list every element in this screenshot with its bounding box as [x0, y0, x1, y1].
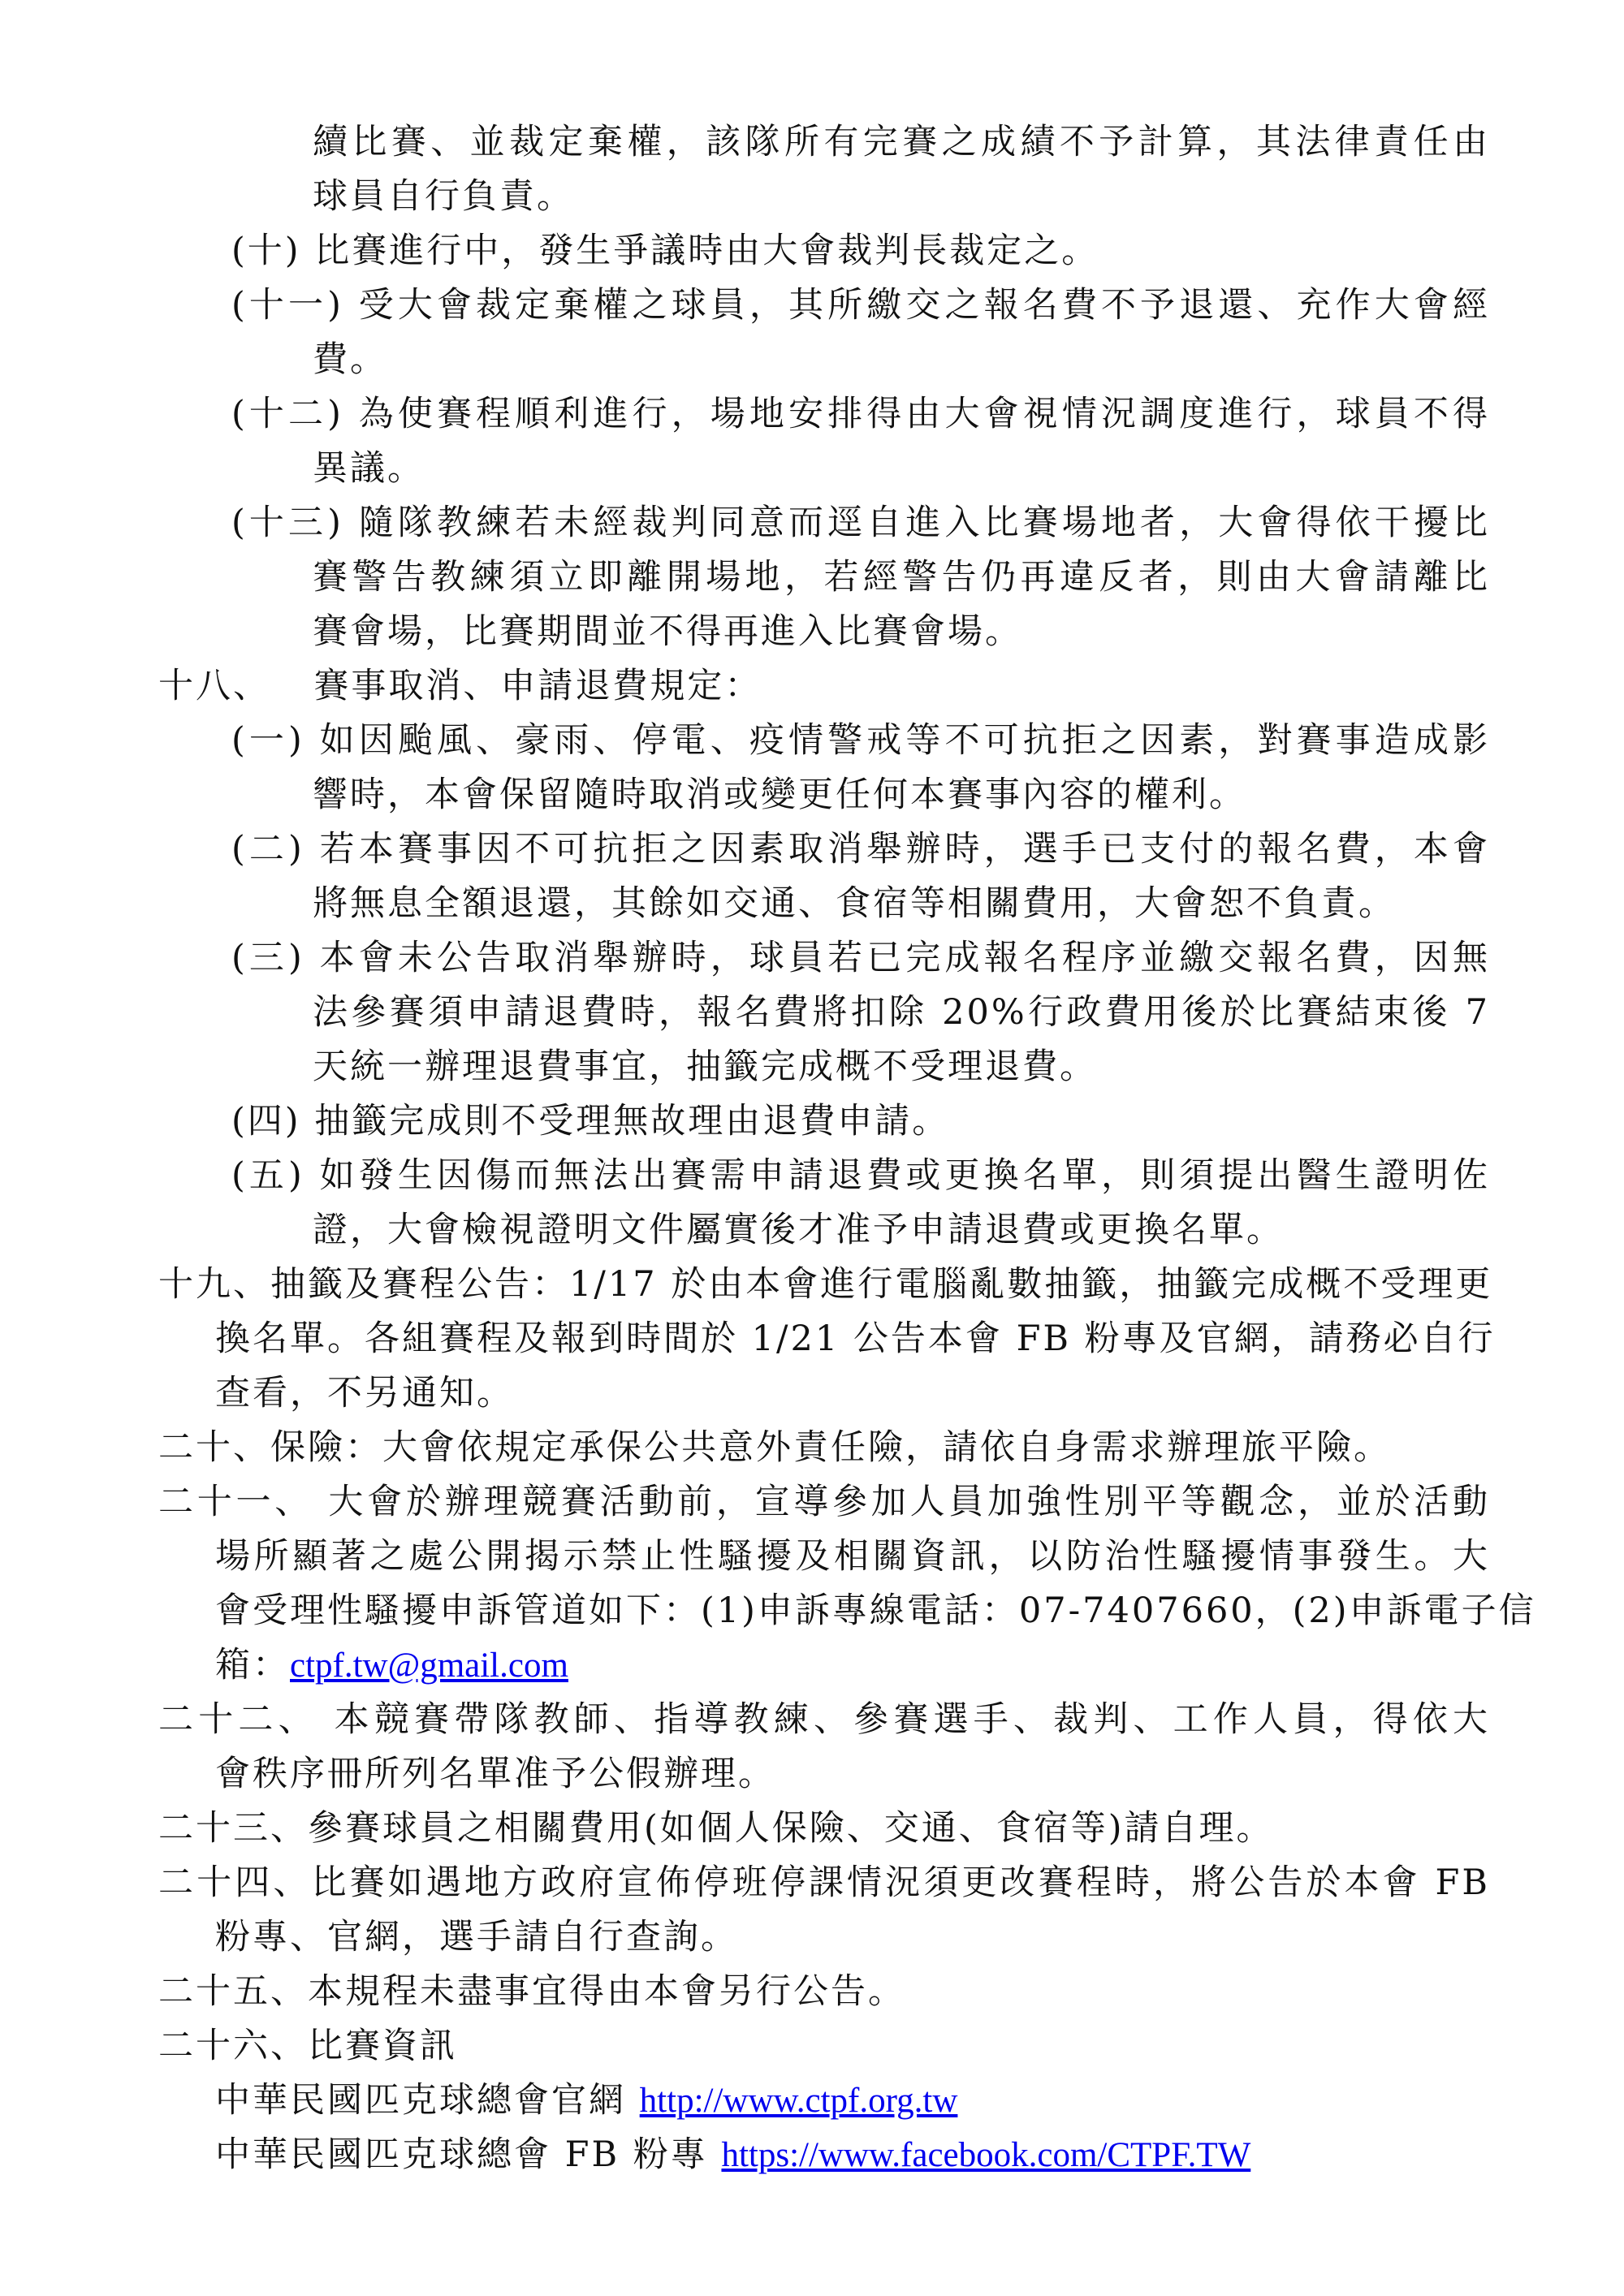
list-item: (二) 若本賽事因不可抗拒之因素取消舉辦時，選手已支付的報名費，本會 [231, 822, 1490, 877]
section-heading-18: 十八、 賽事取消、申請退費規定： [158, 659, 762, 714]
section-21-line: 二十一、 大會於辦理競賽活動前，宣導參加人員加強性別平等觀念，並於活動 [158, 1475, 1490, 1530]
section-title: 賽事取消、申請退費規定： [313, 666, 762, 706]
section-22-line: 二十二、 本競賽帶隊教師、指導教練、參賽選手、裁判、工作人員，得依大 [158, 1693, 1490, 1747]
text-line: 查看，不另通知。 [215, 1366, 514, 1421]
list-item: (四) 抽籤完成則不受理無故理由退費申請。 [231, 1094, 949, 1149]
section-text: 本競賽帶隊教師、指導教練、參賽選手、裁判、工作人員，得依大 [335, 1699, 1490, 1740]
text-line: 換名單。各組賽程及報到時間於 1/21 公告本會 FB 粉專及官網，請務必自行 [215, 1312, 1490, 1366]
section-26-line: 二十六、比賽資訊 [158, 2019, 457, 2074]
text-line: 異議。 [313, 442, 425, 496]
official-site-line: 中華民國匹克球總會官網 http://www.ctpf.org.tw [215, 2074, 957, 2128]
item-label: (四) [231, 1101, 301, 1142]
item-text: 若本賽事因不可抗拒之因素取消舉辦時，選手已支付的報名費，本會 [320, 829, 1490, 870]
list-item: (一) 如因颱風、豪雨、停電、疫情警戒等不可抗拒之因素，對賽事造成影 [231, 714, 1490, 768]
section-25-line: 二十五、本規程未盡事宜得由本會另行公告。 [158, 1965, 905, 2019]
section-label: 十八、 [158, 666, 270, 706]
list-item: (五) 如發生因傷而無法出賽需申請退費或更換名單，則須提出醫生證明佐 [231, 1149, 1490, 1203]
text-line: 法參賽須申請退費時，報名費將扣除 20%行政費用後於比賽結束後 7 [313, 986, 1490, 1040]
list-item-10: (十) 比賽進行中，發生爭議時由大會裁判長裁定之。 [231, 224, 1099, 278]
text-line: 續比賽、並裁定棄權，該隊所有完賽之成績不予計算，其法律責任由 [313, 115, 1490, 170]
email-label: 箱： [215, 1645, 290, 1685]
item-label: (三) [231, 938, 304, 978]
text-line: 天統一辦理退費事宜，抽籤完成概不受理退費。 [313, 1040, 1097, 1094]
email-link[interactable]: ctpf.tw@gmail.com [290, 1646, 568, 1685]
facebook-page-link[interactable]: https://www.facebook.com/CTPF.TW [721, 2136, 1250, 2174]
item-label: (一) [231, 720, 304, 761]
item-label: (十二) [231, 394, 343, 434]
item-text: 隨隊教練若未經裁判同意而逕自進入比賽場地者，大會得依干擾比 [359, 503, 1490, 543]
item-text: 抽籤完成則不受理無故理由退費申請。 [314, 1101, 949, 1142]
item-text: 如因颱風、豪雨、停電、疫情警戒等不可抗拒之因素，對賽事造成影 [320, 720, 1490, 761]
item-label: (五) [231, 1155, 304, 1196]
facebook-page-label: 中華民國匹克球總會 FB 粉專 [215, 2134, 721, 2175]
text-line: 會受理性騷擾申訴管道如下：(1)申訴專線電話：07-7407660，(2)申訴電… [215, 1584, 1490, 1638]
text-line: 會秩序冊所列名單准予公假辦理。 [215, 1747, 775, 1802]
text-line: 箱：ctpf.tw@gmail.com [215, 1638, 568, 1693]
text-line: 響時，本會保留隨時取消或變更任何本賽事內容的權利。 [313, 768, 1246, 822]
text-line: 粉專、官網，選手請自行查詢。 [215, 1910, 738, 1965]
item-label: (十) [231, 231, 301, 271]
item-label: (十一) [231, 285, 343, 326]
section-20-line: 二十、保險：大會依規定承保公共意外責任險，請依自身需求辦理旅平險。 [158, 1421, 1391, 1475]
item-text: 為使賽程順利進行，場地安排得由大會視情況調度進行，球員不得 [359, 394, 1490, 434]
item-text: 受大會裁定棄權之球員，其所繳交之報名費不予退還、充作大會經 [359, 285, 1490, 326]
text-line: 賽會場，比賽期間並不得再進入比賽會場。 [313, 605, 1022, 659]
list-item-13: (十三) 隨隊教練若未經裁判同意而逕自進入比賽場地者，大會得依干擾比 [231, 496, 1490, 550]
section-23-line: 二十三、參賽球員之相關費用(如個人保險、交通、食宿等)請自理。 [158, 1802, 1274, 1856]
section-24-line: 二十四、比賽如遇地方政府宣佈停班停課情況須更改賽程時，將公告於本會 FB [158, 1856, 1490, 1910]
text-line: 場所顯著之處公開揭示禁止性騷擾及相關資訊，以防治性騷擾情事發生。大 [215, 1530, 1490, 1584]
section-label: 二十二、 [158, 1699, 318, 1740]
section-text: 大會於辦理競賽活動前，宣導參加人員加強性別平等觀念，並於活動 [328, 1482, 1490, 1522]
document-page: 續比賽、並裁定棄權，該隊所有完賽之成績不予計算，其法律責任由 球員自行負責。 (… [0, 0, 1624, 2296]
text-line: 將無息全額退還，其餘如交通、食宿等相關費用，大會恕不負責。 [313, 877, 1396, 931]
official-site-link[interactable]: http://www.ctpf.org.tw [640, 2082, 958, 2120]
list-item-11: (十一) 受大會裁定棄權之球員，其所繳交之報名費不予退還、充作大會經 [231, 278, 1490, 333]
text-line: 費。 [313, 333, 387, 387]
item-label: (二) [231, 829, 304, 870]
text-line: 賽警告教練須立即離開場地，若經警告仍再違反者，則由大會請離比 [313, 550, 1490, 605]
text-line: 球員自行負責。 [313, 170, 574, 224]
list-item: (三) 本會未公告取消舉辦時，球員若已完成報名程序並繳交報名費，因無 [231, 931, 1490, 986]
facebook-page-line: 中華民國匹克球總會 FB 粉專 https://www.facebook.com… [215, 2128, 1250, 2182]
text-line: 證，大會檢視證明文件屬實後才准予申請退費或更換名單。 [313, 1203, 1284, 1258]
item-text: 比賽進行中，發生爭議時由大會裁判長裁定之。 [314, 231, 1099, 271]
item-text: 如發生因傷而無法出賽需申請退費或更換名單，則須提出醫生證明佐 [320, 1155, 1490, 1196]
item-label: (十三) [231, 503, 343, 543]
section-label: 二十一、 [158, 1482, 313, 1522]
section-19-line: 十九、抽籤及賽程公告：1/17 於由本會進行電腦亂數抽籤，抽籤完成概不受理更 [158, 1258, 1490, 1312]
official-site-label: 中華民國匹克球總會官網 [215, 2080, 640, 2121]
item-text: 本會未公告取消舉辦時，球員若已完成報名程序並繳交報名費，因無 [320, 938, 1490, 978]
list-item-12: (十二) 為使賽程順利進行，場地安排得由大會視情況調度進行，球員不得 [231, 387, 1490, 442]
